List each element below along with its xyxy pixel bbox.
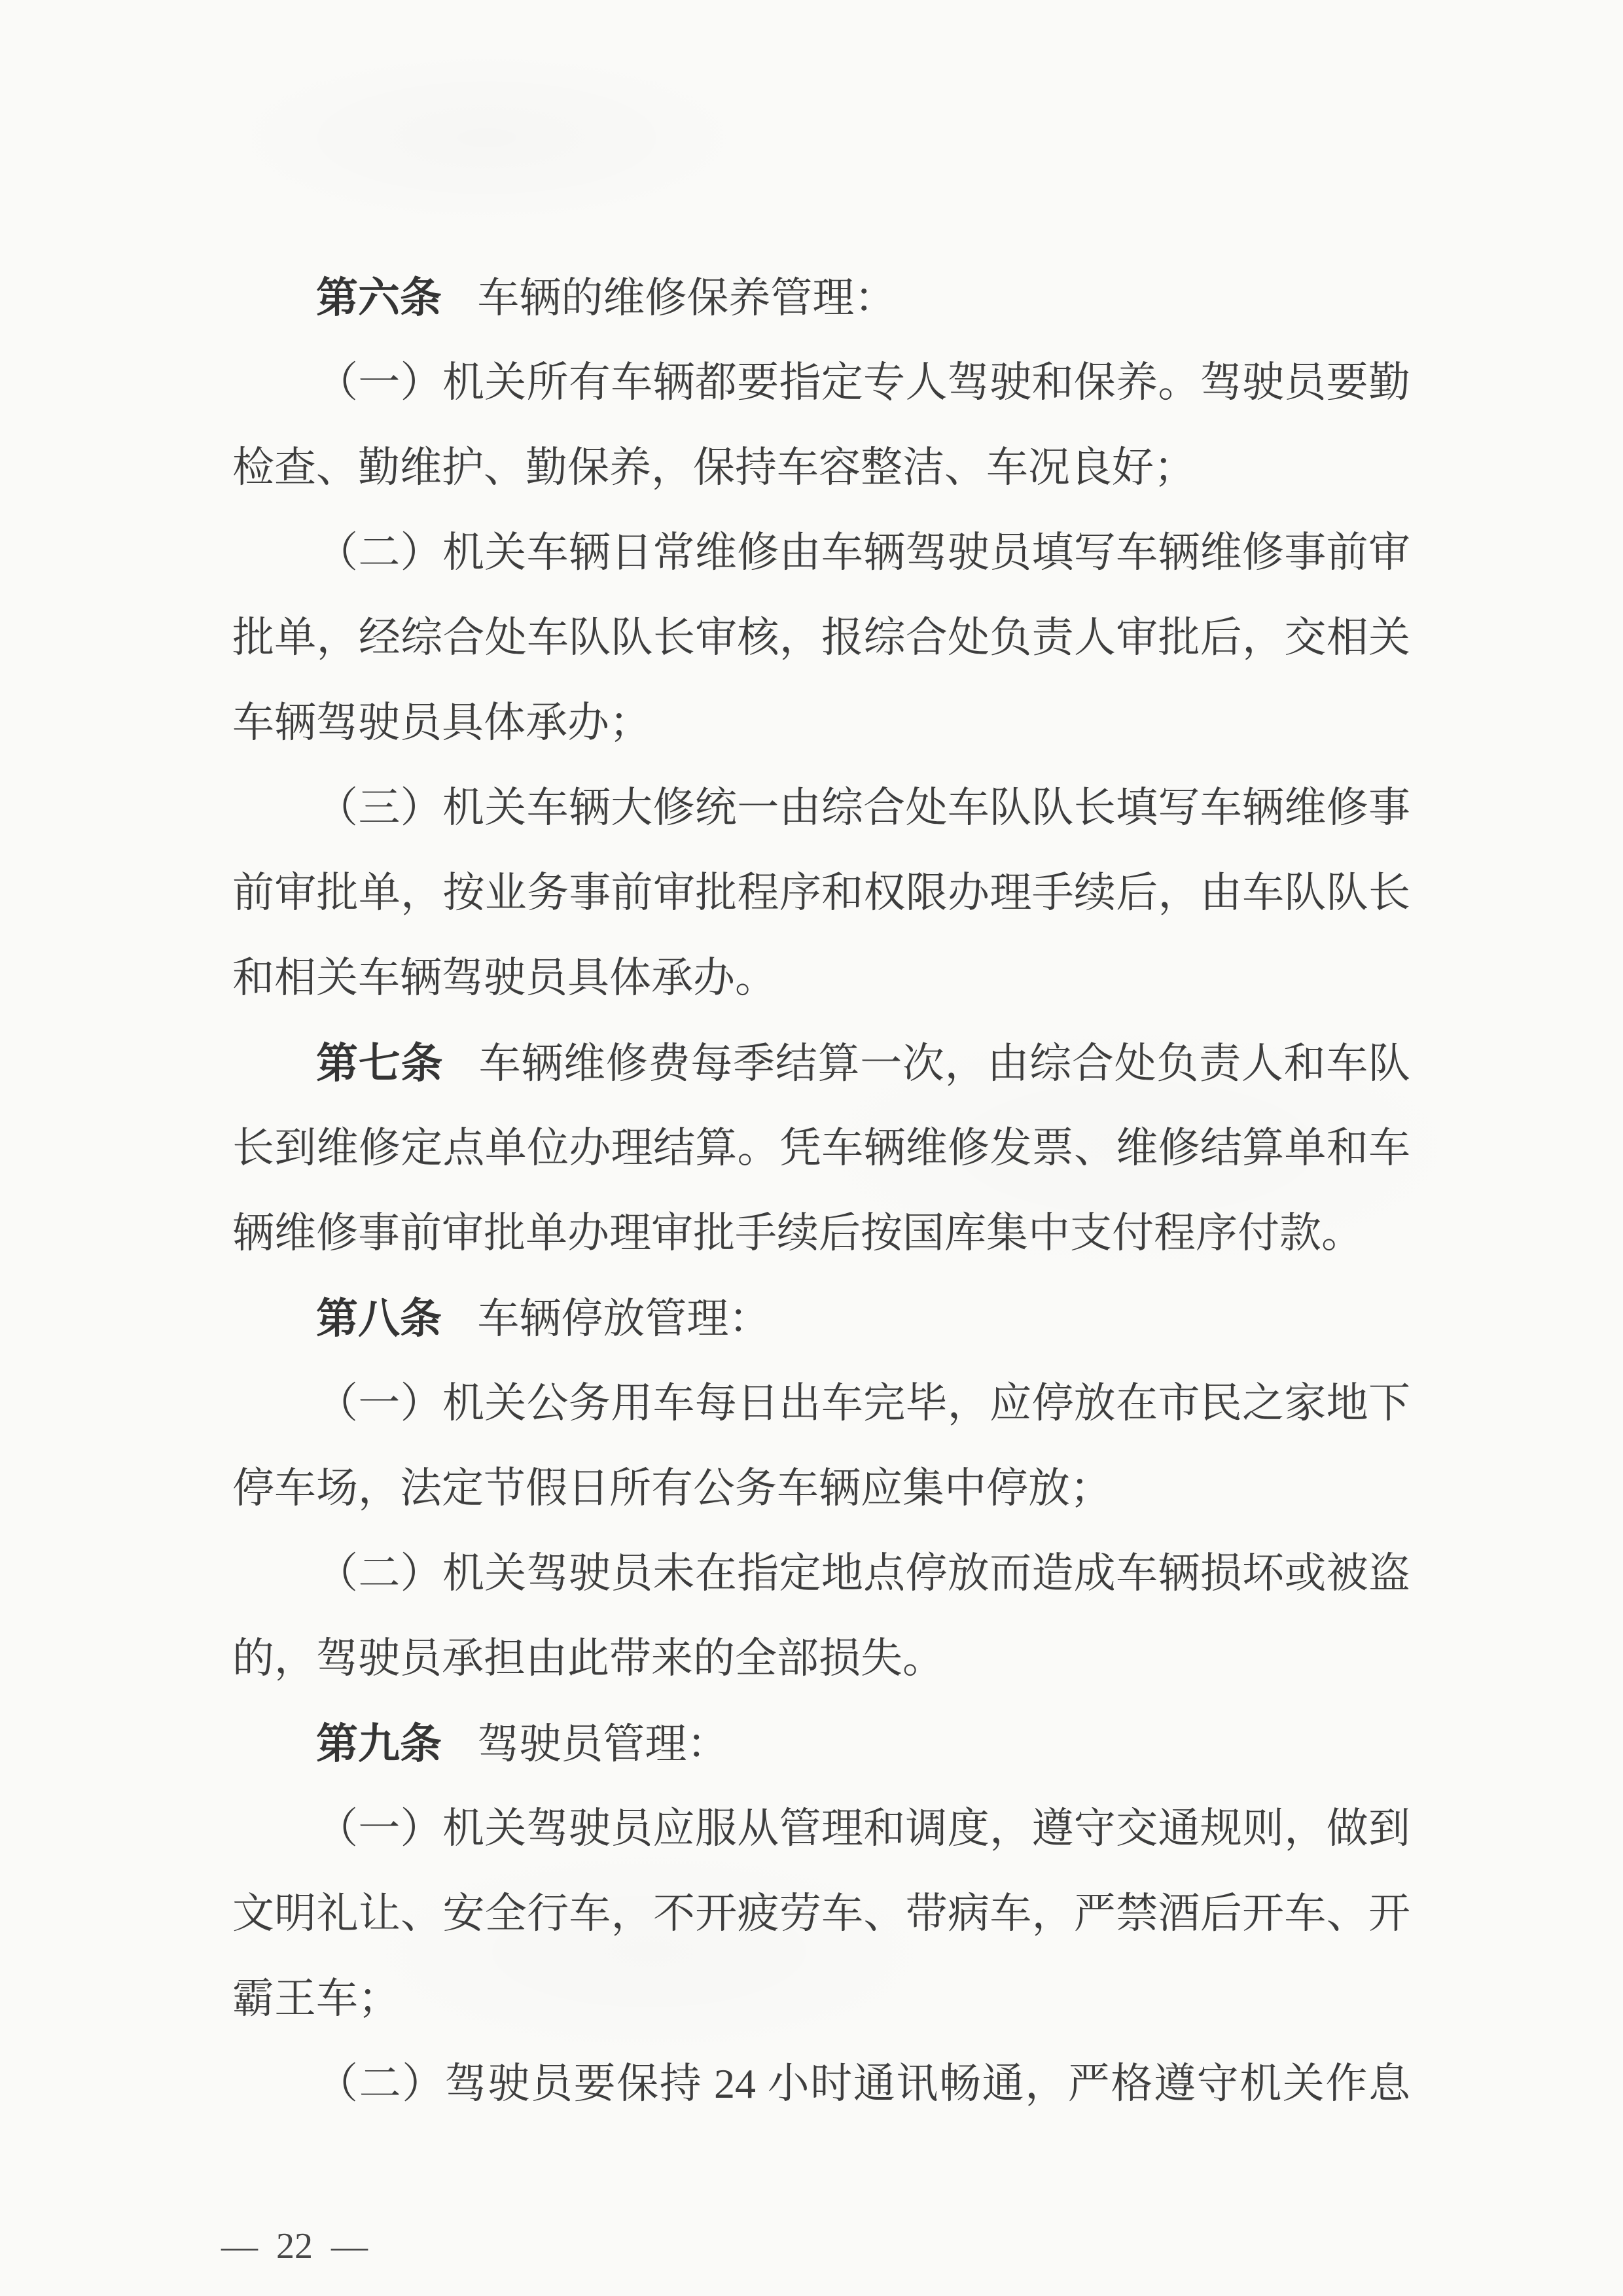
line-text: 车辆维修费每季结算一次，由综合处负责人和车队 <box>479 1040 1410 1087</box>
text-line: 第七条车辆维修费每季结算一次，由综合处负责人和车队 <box>232 1021 1410 1106</box>
article-number: 第八条 <box>316 1295 442 1342</box>
article-number: 第七条 <box>316 1040 443 1087</box>
text-line: 停车场，法定节假日所有公务车辆应集中停放； <box>232 1446 1410 1531</box>
text-line: （三）机关车辆大修统一由综合处车队队长填写车辆维修事 <box>232 766 1410 851</box>
line-text: 车辆驾驶员具体承办； <box>232 699 651 746</box>
text-line: 长到维修定点单位办理结算。凭车辆维修发票、维修结算单和车 <box>232 1106 1410 1191</box>
text-line: 检查、勤维护、勤保养，保持车容整洁、车况良好； <box>232 425 1410 510</box>
text-line: 辆维修事前审批单办理审批手续后按国库集中支付程序付款。 <box>232 1191 1410 1276</box>
line-text: 前审批单，按业务事前审批程序和权限办理手续后，由车队队长 <box>232 870 1410 916</box>
text-line: （一）机关所有车辆都要指定专人驾驶和保养。驾驶员要勤 <box>232 340 1410 425</box>
text-line: 第九条驾驶员管理： <box>232 1701 1410 1786</box>
line-text: （二）驾驶员要保持 24 小时通讯畅通，严格遵守机关作息时 <box>232 2060 1410 2127</box>
text-line: 的，驾驶员承担由此带来的全部损失。 <box>232 1616 1410 1701</box>
text-line: 文明礼让、安全行车，不开疲劳车、带病车，严禁酒后开车、开 <box>232 1871 1410 1956</box>
text-line: （一）机关公务用车每日出车完毕，应停放在市民之家地下 <box>232 1361 1410 1446</box>
text-line: 和相关车辆驾驶员具体承办。 <box>232 936 1410 1021</box>
line-text: （一）机关所有车辆都要指定专人驾驶和保养。驾驶员要勤 <box>316 359 1410 406</box>
document-body: 第六条车辆的维修保养管理： （一）机关所有车辆都要指定专人驾驶和保养。驾驶员要勤… <box>232 255 1410 2127</box>
line-text: （二）机关驾驶员未在指定地点停放而造成车辆损坏或被盗 <box>316 1550 1410 1597</box>
text-line: （二）机关车辆日常维修由车辆驾驶员填写车辆维修事前审 <box>232 510 1410 595</box>
line-text: 辆维修事前审批单办理审批手续后按国库集中支付程序付款。 <box>232 1210 1363 1256</box>
line-text: （一）机关驾驶员应服从管理和调度，遵守交通规则，做到 <box>316 1805 1410 1852</box>
line-text: 长到维修定点单位办理结算。凭车辆维修发票、维修结算单和车 <box>232 1125 1410 1171</box>
line-text: 检查、勤维护、勤保养，保持车容整洁、车况良好； <box>232 444 1196 491</box>
text-line: 第六条车辆的维修保养管理： <box>232 255 1410 340</box>
line-text: 驾驶员管理： <box>477 1721 728 1767</box>
line-text: （三）机关车辆大修统一由综合处车队队长填写车辆维修事 <box>316 785 1410 831</box>
text-line: 批单，经综合处车队队长审核，报综合处负责人审批后，交相关 <box>232 595 1410 680</box>
text-line: （二）驾驶员要保持 24 小时通讯畅通，严格遵守机关作息时 <box>232 2041 1410 2127</box>
text-line: 前审批单，按业务事前审批程序和权限办理手续后，由车队队长 <box>232 851 1410 936</box>
line-text: （一）机关公务用车每日出车完毕，应停放在市民之家地下 <box>316 1380 1410 1426</box>
line-text: 批单，经综合处车队队长审核，报综合处负责人审批后，交相关 <box>232 614 1410 661</box>
text-line: 第八条车辆停放管理： <box>232 1276 1410 1361</box>
scanned-document-page: 第六条车辆的维修保养管理： （一）机关所有车辆都要指定专人驾驶和保养。驾驶员要勤… <box>0 0 1623 2296</box>
text-line: 车辆驾驶员具体承办； <box>232 680 1410 766</box>
page-number: — 22 — <box>221 2225 368 2268</box>
article-number: 第九条 <box>316 1720 442 1767</box>
line-text: 和相关车辆驾驶员具体承办。 <box>232 955 777 1001</box>
text-line: （一）机关驾驶员应服从管理和调度，遵守交通规则，做到 <box>232 1786 1410 1871</box>
article-number: 第六条 <box>316 274 442 321</box>
line-text: 停车场，法定节假日所有公务车辆应集中停放； <box>232 1465 1112 1511</box>
text-line: 霸王车； <box>232 1956 1410 2041</box>
line-text: 的，驾驶员承担由此带来的全部损失。 <box>232 1635 944 1682</box>
text-line: （二）机关驾驶员未在指定地点停放而造成车辆损坏或被盗 <box>232 1531 1410 1616</box>
line-text: （二）机关车辆日常维修由车辆驾驶员填写车辆维修事前审 <box>316 529 1410 576</box>
line-text: 文明礼让、安全行车，不开疲劳车、带病车，严禁酒后开车、开 <box>232 1890 1410 1937</box>
line-text: 车辆停放管理： <box>477 1296 770 1342</box>
line-text: 霸王车； <box>232 1975 400 2022</box>
line-text: 车辆的维修保养管理： <box>477 275 896 321</box>
